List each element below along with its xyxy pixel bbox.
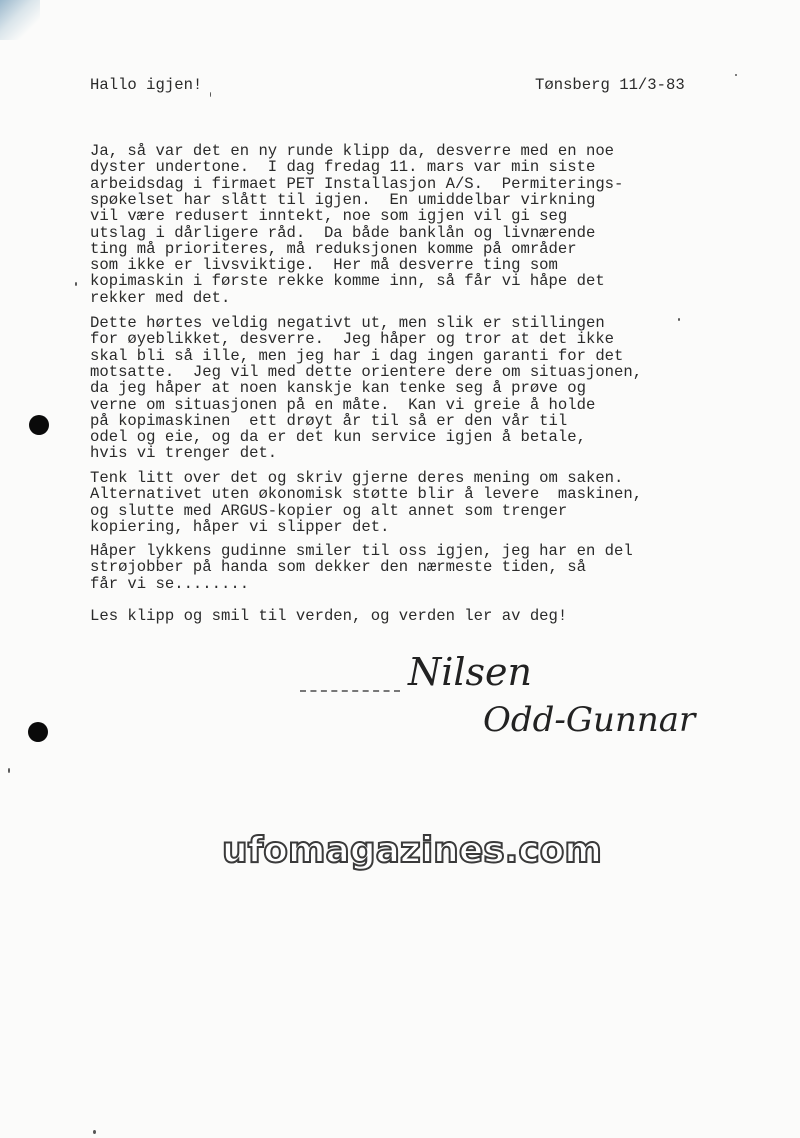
greeting: Hallo igjen! — [90, 76, 202, 94]
text-line: Alternativet uten økonomisk støtte blir … — [90, 486, 642, 502]
text-line: på kopimaskinen ett drøyt år til så er d… — [90, 413, 567, 429]
scan-speck — [93, 1130, 96, 1134]
text-line: Håper lykkens gudinne smiler til oss igj… — [90, 543, 633, 559]
text-line: og slutte med ARGUS-kopier og alt annet … — [90, 503, 567, 519]
signature-scribble-line — [300, 690, 400, 692]
text-line: Ja, så var det en ny runde klipp da, des… — [90, 143, 614, 159]
text-line: rekker med det. — [90, 290, 230, 306]
text-line: utslag i dårligere råd. Da både banklån … — [90, 225, 595, 241]
text-line: da jeg håper at noen kanskje kan tenke s… — [90, 380, 586, 396]
text-line: dyster undertone. I dag fredag 11. mars … — [90, 159, 595, 175]
scan-speck — [678, 318, 680, 321]
text-line: kopimaskin i første rekke komme inn, så … — [90, 273, 605, 289]
watermark: ufomagazines.com — [222, 830, 602, 871]
text-line: strøjobber på handa som dekker den nærme… — [90, 559, 586, 575]
text-line: Dette hørtes veldig negativt ut, men sli… — [90, 315, 605, 331]
scan-speck — [75, 282, 77, 286]
text-line: vil være redusert inntekt, noe som igjen… — [90, 208, 567, 224]
text-line: verne om situasjonen på en måte. Kan vi … — [90, 397, 595, 413]
scan-corner-shadow — [0, 0, 40, 40]
text-line: spøkelset har slått til igjen. En umidde… — [90, 192, 595, 208]
scan-speck — [8, 768, 10, 773]
punch-hole-icon — [29, 415, 49, 435]
text-line: ting må prioriteres, må reduksjonen komm… — [90, 241, 577, 257]
text-line: får vi se........ — [90, 576, 249, 592]
text-line: motsatte. Jeg vil med dette orientere de… — [90, 364, 642, 380]
text-line: kopiering, håper vi slipper det. — [90, 519, 389, 535]
scan-speck — [735, 74, 737, 76]
text-line: for øyeblikket, desverre. Jeg håper og t… — [90, 331, 614, 347]
punch-hole-icon — [28, 722, 48, 742]
signature-given-name: Odd-Gunnar — [483, 700, 695, 740]
signature-surname: Nilsen — [408, 650, 532, 694]
text-line: odel og eie, og da er det kun service ig… — [90, 429, 586, 445]
text-line: Les klipp og smil til verden, og verden … — [90, 608, 567, 624]
text-line: hvis vi trenger det. — [90, 445, 277, 461]
text-line: arbeidsdag i firmaet PET Installasjon A/… — [90, 176, 623, 192]
scan-speck — [210, 92, 211, 97]
place-date: Tønsberg 11/3-83 — [535, 76, 685, 94]
text-line: som ikke er livsviktige. Her må desverre… — [90, 257, 558, 273]
text-line: skal bli så ille, men jeg har i dag inge… — [90, 348, 623, 364]
letter-page: Hallo igjen! Tønsberg 11/3-83 Ja, så var… — [0, 0, 800, 1138]
text-line: Tenk litt over det og skriv gjerne deres… — [90, 470, 623, 486]
